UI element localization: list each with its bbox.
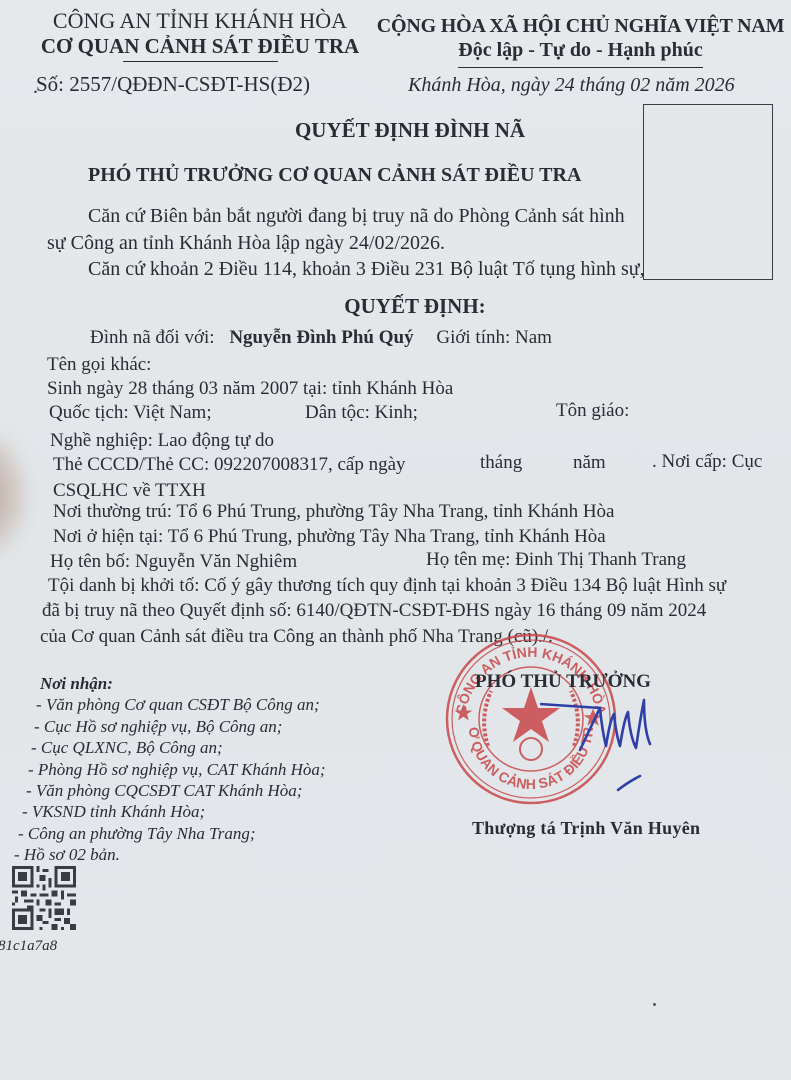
document-number: Số: 2557/QĐĐN-CSĐT-HS(Đ2) — [36, 72, 310, 97]
qr-code-icon — [10, 866, 78, 930]
alias-field: Tên gọi khác: — [47, 354, 151, 376]
issuer-title: PHÓ THỦ TRƯỞNG CƠ QUAN CẢNH SÁT ĐIỀU TRA — [88, 164, 581, 187]
id-month-label: tháng — [480, 452, 522, 474]
agency-name: CÔNG AN TỈNH KHÁNH HÒA — [30, 8, 370, 34]
paper-speck — [653, 1003, 656, 1006]
national-motto: Độc lập - Tự do - Hạnh phúc — [370, 38, 791, 63]
divider — [458, 67, 703, 68]
recipient-item: - Công an phường Tây Nha Trang; — [18, 823, 326, 844]
national-header: CỘNG HÒA XÃ HỘI CHỦ NGHĨA VIỆT NAM Độc l… — [370, 14, 791, 68]
recipients-heading: Nơi nhận: — [40, 673, 326, 694]
basis-line-1: Căn cứ Biên bản bắt người đang bị truy n… — [88, 205, 625, 228]
recipient-item: - Hồ sơ 02 bản. — [14, 844, 326, 865]
id-year-label: năm — [573, 452, 606, 474]
basis-line-2: sự Công an tỉnh Khánh Hòa lập ngày 24/02… — [47, 232, 445, 255]
recipient-item: - Cục Hồ sơ nghiệp vụ, Bộ Công an; — [34, 716, 326, 737]
signer-name: Thượng tá Trịnh Văn Huyên — [472, 818, 700, 839]
decision-heading: QUYẾT ĐỊNH: — [0, 294, 791, 319]
ethnicity-field: Dân tộc: Kinh; — [305, 402, 418, 424]
birth-field: Sinh ngày 28 tháng 03 năm 2007 tại: tỉnh… — [47, 378, 453, 400]
subject-line: Đình nã đối với: Nguyễn Đình Phú Quý Giớ… — [90, 327, 552, 349]
id-card-field: Thẻ CCCD/Thẻ CC: 092207008317, cấp ngày — [53, 454, 406, 476]
wanted-decision-field: đã bị truy nã theo Quyết định số: 6140/Q… — [42, 600, 706, 622]
subject-name: Nguyễn Đình Phú Quý — [229, 327, 413, 348]
department-name: CƠ QUAN CẢNH SÁT ĐIỀU TRA — [30, 34, 370, 58]
id-issuer-value: CSQLHC về TTXH — [53, 480, 206, 502]
basis-line-3: Căn cứ khoản 2 Điều 114, khoản 3 Điều 23… — [88, 258, 645, 281]
recipient-item: - Văn phòng Cơ quan CSĐT Bộ Công an; — [36, 694, 326, 715]
recipient-item: - VKSND tỉnh Khánh Hòa; — [22, 801, 326, 822]
recipient-item: - Phòng Hồ sơ nghiệp vụ, CAT Khánh Hòa; — [28, 759, 326, 780]
current-residence-field: Nơi ở hiện tại: Tổ 6 Phú Trung, phường T… — [53, 526, 606, 548]
nationality-field: Quốc tịch: Việt Nam; — [49, 402, 212, 424]
nation-name: CỘNG HÒA XÃ HỘI CHỦ NGHĨA VIỆT NAM — [370, 14, 791, 38]
charge-field: Tội danh bị khởi tố: Cố ý gây thương tíc… — [48, 575, 726, 597]
subject-intro: Đình nã đối với: — [90, 327, 215, 348]
subject-gender: Giới tính: Nam — [436, 327, 552, 348]
id-issuer-label: . Nơi cấp: Cục — [652, 451, 762, 473]
recipient-item: - Văn phòng CQCSĐT CAT Khánh Hòa; — [26, 780, 326, 801]
permanent-residence-field: Nơi thường trú: Tổ 6 Phú Trung, phường T… — [53, 501, 614, 523]
recipients-list: Nơi nhận: - Văn phòng Cơ quan CSĐT Bộ Cô… — [20, 673, 326, 866]
recipient-item: - Cục QLXNC, Bộ Công an; — [31, 737, 326, 758]
religion-field: Tôn giáo: — [556, 400, 629, 422]
issuing-agency-block: CÔNG AN TỈNH KHÁNH HÒA CƠ QUAN CẢNH SÁT … — [30, 8, 370, 62]
document-hash: 81c1a7a8 — [0, 938, 57, 955]
occupation-field: Nghề nghiệp: Lao động tự do — [50, 430, 274, 452]
document-title: QUYẾT ĐỊNH ĐÌNH NÃ — [0, 118, 791, 143]
mother-field: Họ tên mẹ: Đinh Thị Thanh Trang — [426, 549, 686, 571]
signature-icon — [540, 690, 680, 800]
divider — [123, 61, 278, 62]
father-field: Họ tên bố: Nguyễn Văn Nghiêm — [50, 551, 297, 573]
place-date: Khánh Hòa, ngày 24 tháng 02 năm 2026 — [408, 74, 735, 97]
